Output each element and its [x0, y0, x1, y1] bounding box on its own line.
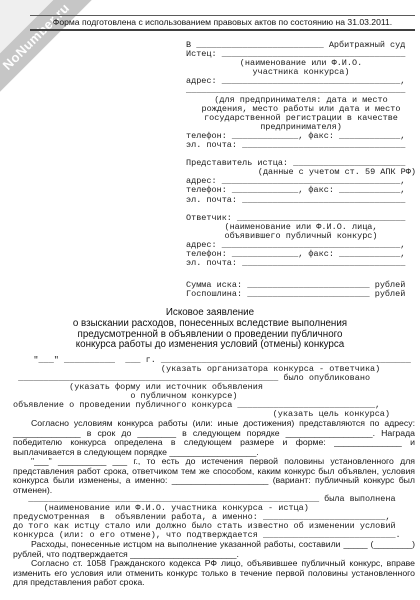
representative-email-line: эл. почта: _____________________________…: [186, 196, 416, 205]
state-fee-line: Госпошлина: ________________________ руб…: [186, 290, 416, 299]
title-line: о взыскании расходов, понесенных вследст…: [0, 319, 420, 330]
work-performed-block: ________________________________________…: [13, 495, 416, 540]
document-page: NoNumber.ru Форма подготовлена с использ…: [0, 0, 420, 600]
document-title: Исковое заявление о взыскании расходов, …: [0, 308, 420, 351]
header-notice-text: Форма подготовлена с использованием прав…: [53, 17, 392, 27]
header-notice-bar: Форма подготовлена с использованием прав…: [30, 15, 415, 31]
paragraph-expenses: Расходы, понесенные истцом на выполнение…: [13, 540, 415, 559]
defendant-email-line: эл. почта: _____________________________…: [186, 259, 416, 268]
announcement-block: "___" __________ ___ г. ________________…: [13, 356, 416, 419]
paragraph-civil-code: Согласно ст. 1058 Гражданского кодекса Р…: [13, 559, 415, 588]
parties-block: В _________________________ Арбитражный …: [186, 41, 416, 299]
title-line: конкурса работы до изменения условий (от…: [0, 340, 420, 351]
paragraph-contest-terms: Согласно условиям конкурса работы (или: …: [13, 419, 415, 457]
paragraph-conditions-changed: "___" __________ ___ г., то есть до исте…: [13, 457, 415, 495]
plaintiff-email-line: эл. почта: _____________________________…: [186, 141, 416, 150]
